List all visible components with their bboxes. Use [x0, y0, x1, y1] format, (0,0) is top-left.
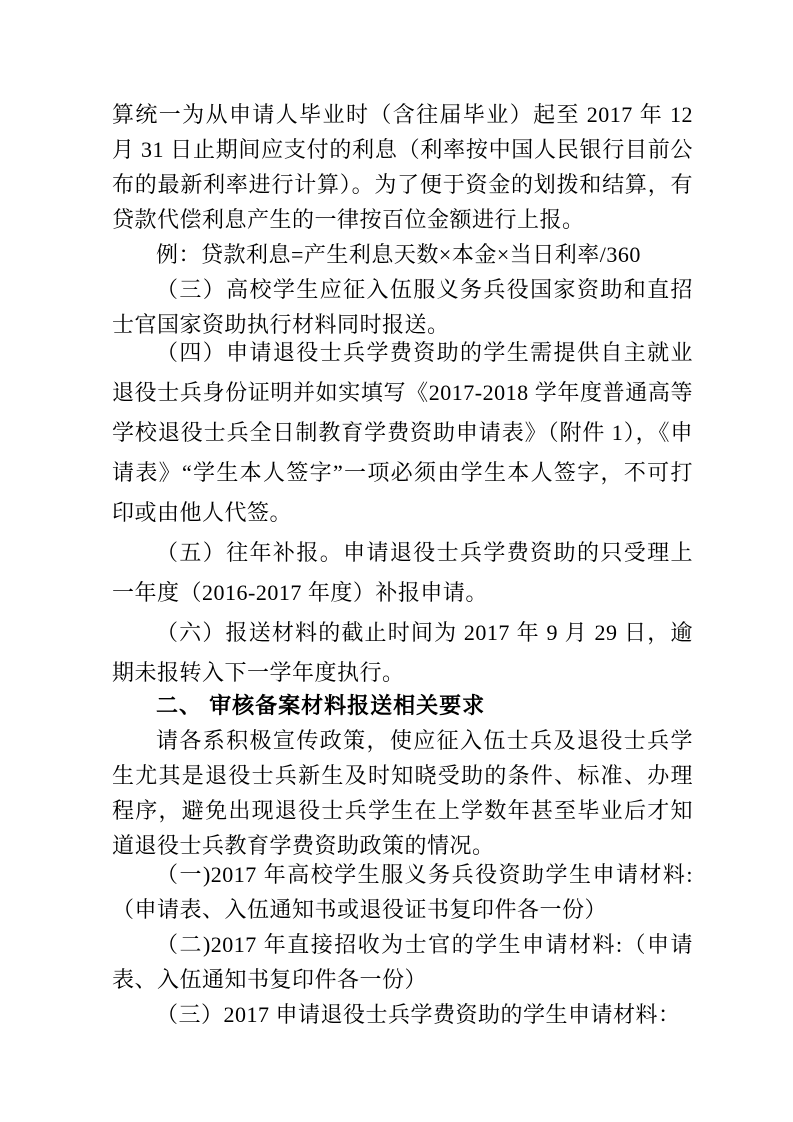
paragraph-para-2: 例：贷款利息=产生利息天数×本金×当日利率/360 [112, 237, 693, 272]
paragraph-para-1: 算统一为从申请人毕业时（含往届毕业）起至 2017 年 12 月 31 日止期间… [112, 97, 693, 237]
paragraph-heading-2: 二、 审核备案材料报送相关要求 [112, 688, 693, 723]
paragraph-para-10: （三）2017 申请退役士兵学费资助的学生申请材料： [112, 997, 693, 1032]
paragraph-para-9: （二)2017 年直接招收为士官的学生申请材料:（申请表、入伍通知书复印件各一份… [112, 927, 693, 997]
document-body: 算统一为从申请人毕业时（含往届毕业）起至 2017 年 12 月 31 日止期间… [112, 97, 693, 1032]
paragraph-para-3: （三）高校学生应征入伍服义务兵役国家资助和直招士官国家资助执行材料同时报送。 [112, 272, 693, 342]
paragraph-para-4: （四）申请退役士兵学费资助的学生需提供自主就业退役士兵身份证明并如实填写《201… [112, 333, 693, 533]
paragraph-para-8: （一)2017 年高校学生服义务兵役资助学生申请材料:（申请表、入伍通知书或退役… [112, 857, 693, 927]
paragraph-para-7: 请各系积极宣传政策，使应征入伍士兵及退役士兵学生尤其是退役士兵新生及时知晓受助的… [112, 723, 693, 863]
paragraph-para-5: （五）往年补报。申请退役士兵学费资助的只受理上一年度（2016-2017 年度）… [112, 533, 693, 613]
paragraph-para-6: （六）报送材料的截止时间为 2017 年 9 月 29 日，逾期未报转入下一学年… [112, 613, 693, 693]
page: 算统一为从申请人毕业时（含往届毕业）起至 2017 年 12 月 31 日止期间… [0, 0, 793, 1122]
